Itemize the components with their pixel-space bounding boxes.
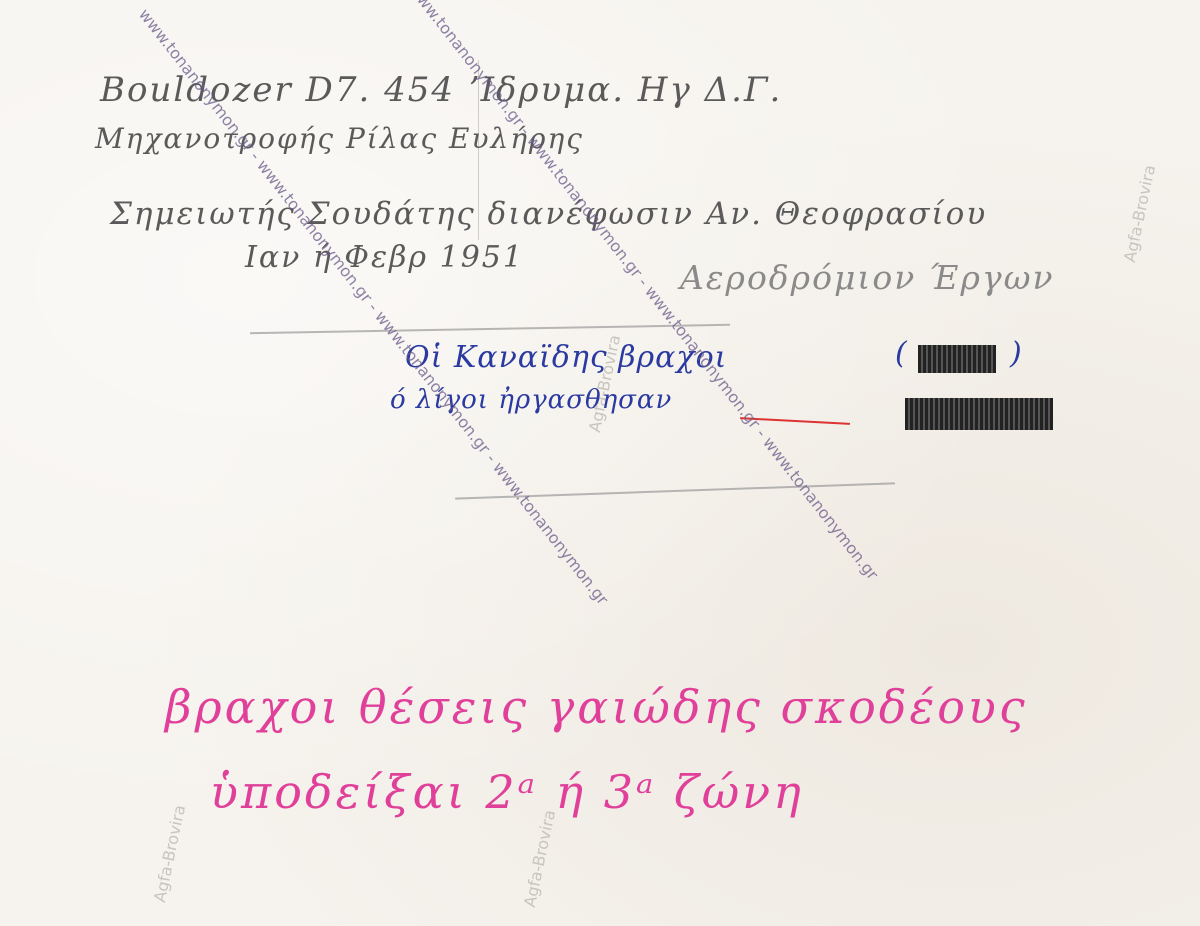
scribbled-out-text bbox=[918, 345, 996, 373]
blue-ink-line-1: Οἱ Καναϊδης βραχοι bbox=[405, 340, 727, 375]
pink-ink-line-1: βραχοι θέσεις γαιώδης σκοδέους bbox=[165, 680, 1028, 734]
pencil-line-4-right: Αεροδρόμιον Έργων bbox=[680, 258, 1055, 297]
paper-stamp: Agfa-Brovira bbox=[520, 808, 559, 909]
pencil-line-4-left: Ιαν ή Φεβρ 1951 bbox=[245, 240, 524, 275]
photo-back-paper: Agfa-Brovira Agfa-Brovira Agfa-Brovira A… bbox=[0, 0, 1200, 926]
blue-bracket-left: ( bbox=[895, 336, 908, 371]
pink-ink-line-2: ὑποδείξαι 2ᵃ ή 3ᵃ ζώνη bbox=[210, 765, 804, 819]
pencil-line-3: Σημειωτής Σουδάτης διανέφωσιν Αν. Θεοφρα… bbox=[110, 196, 987, 232]
scribbled-out-text bbox=[905, 398, 1053, 430]
pencil-underline bbox=[250, 324, 730, 334]
paper-stamp: Agfa-Brovira bbox=[1120, 163, 1159, 264]
paper-stamp: Agfa-Brovira bbox=[150, 803, 189, 904]
blue-bracket-right: ) bbox=[1010, 336, 1023, 371]
